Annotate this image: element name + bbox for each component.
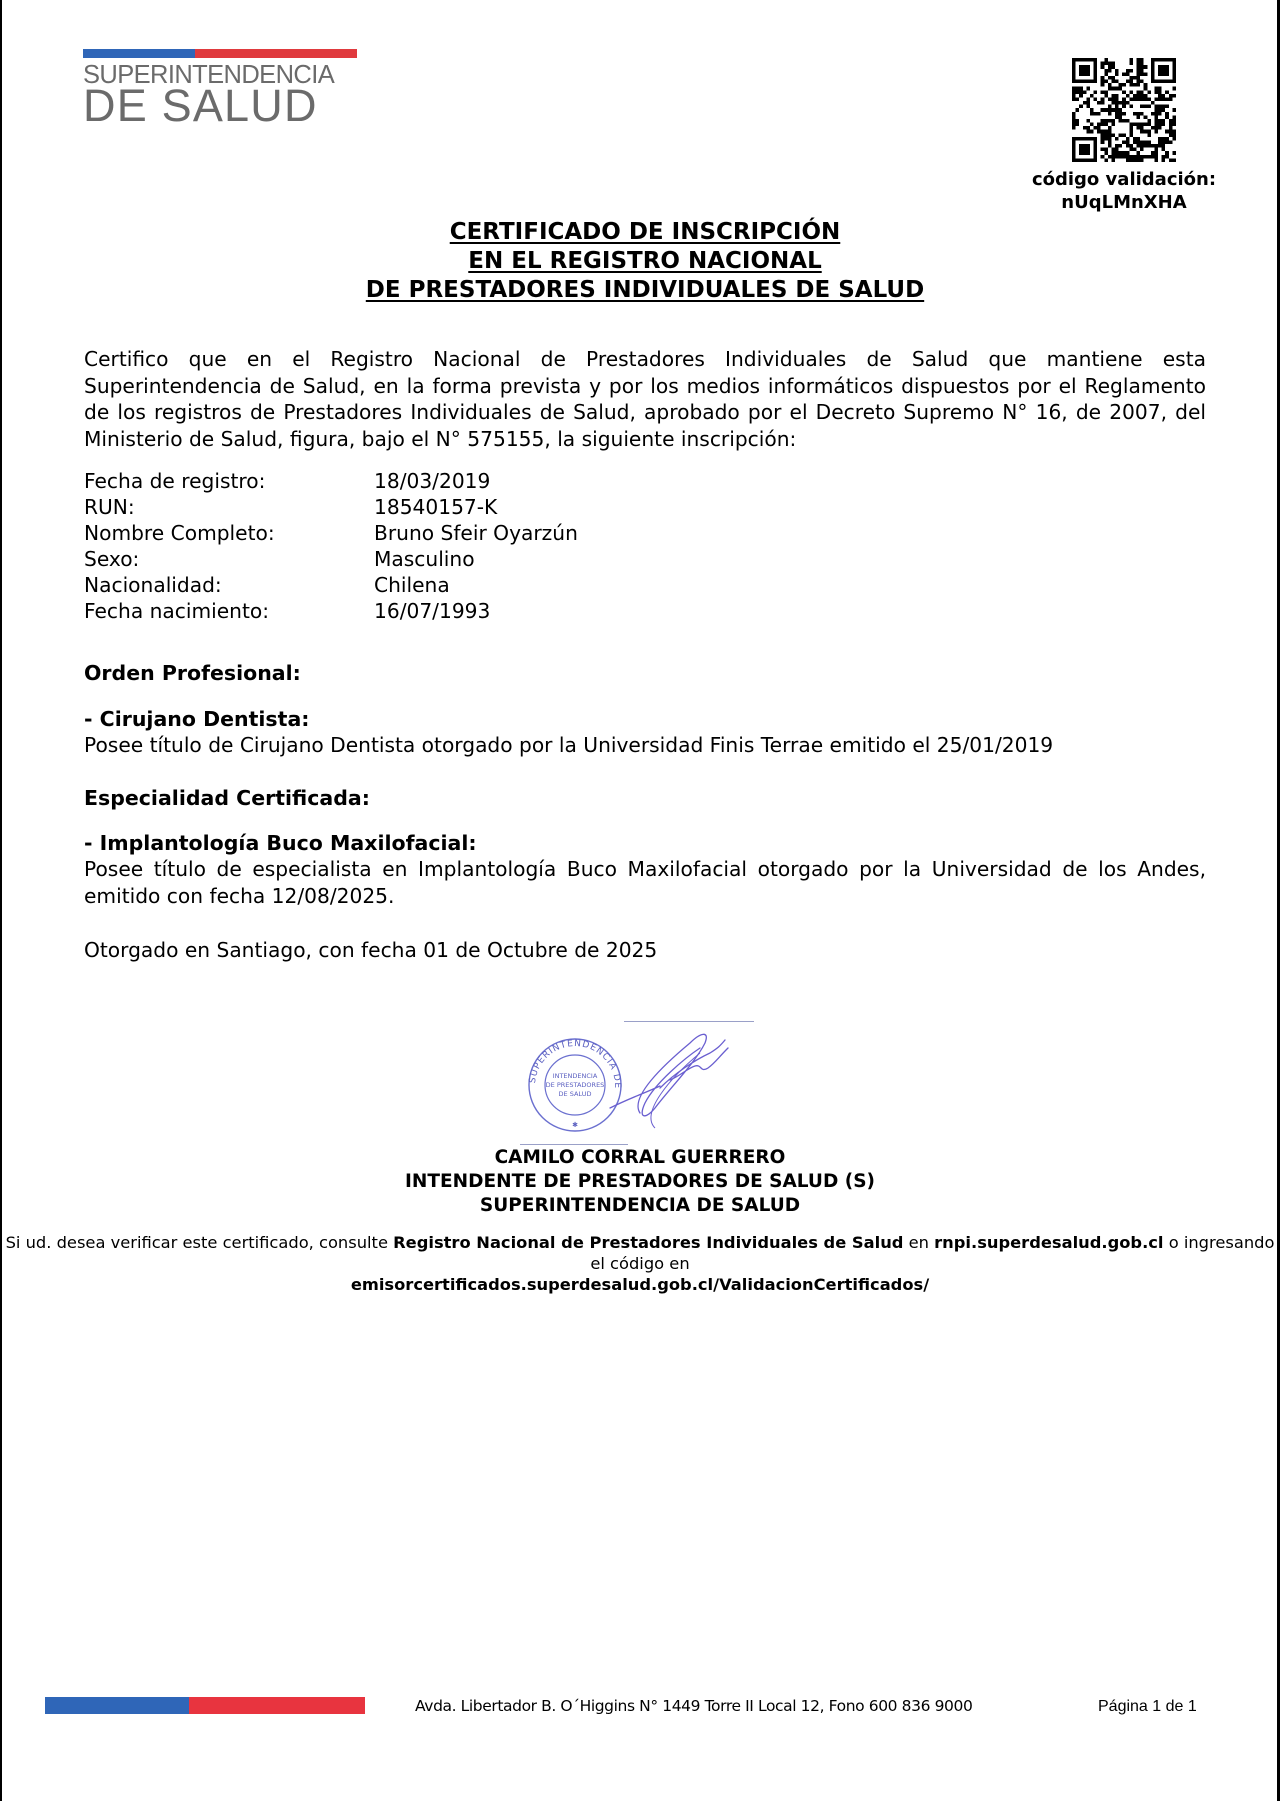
especialidad-heading: Especialidad Certificada:	[84, 785, 370, 811]
rnpi-link[interactable]: rnpi.superdesalud.gob.cl	[934, 1233, 1163, 1252]
title-line1: CERTIFICADO DE INSCRIPCIÓN	[0, 218, 1280, 247]
field-value: 18/03/2019	[374, 468, 490, 494]
orden-profesional-heading: Orden Profesional:	[84, 660, 301, 686]
qr-validation-block: código validación: nUqLMnXHA	[1012, 58, 1236, 214]
svg-text:✱: ✱	[572, 1121, 578, 1129]
field-value: Masculino	[374, 546, 475, 572]
validation-url-link[interactable]: emisorcertificados.superdesalud.gob.cl/V…	[351, 1275, 929, 1294]
field-value: Chilena	[374, 572, 450, 598]
footer-address: Avda. Libertador B. O´Higgins N° 1449 To…	[415, 1696, 972, 1716]
field-label: Fecha de registro:	[84, 468, 374, 494]
validation-code: nUqLMnXHA	[1012, 192, 1236, 214]
field-label: Sexo:	[84, 546, 374, 572]
field-row: RUN: 18540157-K	[84, 494, 578, 520]
field-value: Bruno Sfeir Oyarzún	[374, 520, 578, 546]
field-row: Nombre Completo: Bruno Sfeir Oyarzún	[84, 520, 578, 546]
signature-area: SUPERINTENDENCIA DE SALUD INTENDENCIA DE…	[520, 1018, 760, 1138]
issued-statement: Otorgado en Santiago, con fecha 01 de Oc…	[84, 937, 1206, 964]
signer-name: CAMILO CORRAL GUERRERO	[0, 1146, 1280, 1170]
field-row: Sexo: Masculino	[84, 546, 578, 572]
field-label: RUN:	[84, 494, 374, 520]
svg-text:DE PRESTADORES: DE PRESTADORES	[546, 1081, 605, 1089]
field-value: 16/07/1993	[374, 598, 490, 624]
signer-institution: SUPERINTENDENCIA DE SALUD	[0, 1194, 1280, 1218]
verification-note: Si ud. desea verificar este certificado,…	[0, 1232, 1280, 1295]
signer-block: CAMILO CORRAL GUERRERO INTENDENTE DE PRE…	[0, 1146, 1280, 1218]
registrant-fields: Fecha de registro: 18/03/2019 RUN: 18540…	[84, 468, 578, 624]
orden-item-title: - Cirujano Dentista:	[84, 706, 309, 732]
signer-position: INTENDENTE DE PRESTADORES DE SALUD (S)	[0, 1170, 1280, 1194]
title-line2: EN EL REGISTRO NACIONAL	[0, 247, 1280, 276]
page-number: Página 1 de 1	[1098, 1697, 1197, 1717]
field-value: 18540157-K	[374, 494, 497, 520]
validation-code-label: código validación:	[1012, 168, 1236, 192]
superintendencia-logo: SUPERINTENDENCIA DE SALUD	[83, 49, 357, 125]
footer-flag-bar	[45, 1697, 365, 1714]
orden-item-text: Posee título de Cirujano Dentista otorga…	[84, 732, 1206, 759]
certification-paragraph: Certifico que en el Registro Nacional de…	[84, 346, 1206, 452]
field-row: Nacionalidad: Chilena	[84, 572, 578, 598]
field-label: Nacionalidad:	[84, 572, 374, 598]
field-label: Fecha nacimiento:	[84, 598, 374, 624]
logo-line2: DE SALUD	[83, 87, 357, 125]
qr-code-icon	[1072, 58, 1176, 162]
registry-name: Registro Nacional de Prestadores Individ…	[393, 1233, 903, 1252]
field-row: Fecha de registro: 18/03/2019	[84, 468, 578, 494]
especialidad-item-title: - Implantología Buco Maxilofacial:	[84, 830, 477, 856]
svg-text:INTENDENCIA: INTENDENCIA	[553, 1072, 598, 1080]
svg-text:DE SALUD: DE SALUD	[559, 1090, 592, 1098]
title-line3: DE PRESTADORES INDIVIDUALES DE SALUD	[0, 276, 1280, 305]
document-title: CERTIFICADO DE INSCRIPCIÓN EN EL REGISTR…	[0, 218, 1280, 305]
logo-flag-bar	[83, 49, 357, 58]
field-label: Nombre Completo:	[84, 520, 374, 546]
signature-icon	[600, 1018, 750, 1138]
field-row: Fecha nacimiento: 16/07/1993	[84, 598, 578, 624]
especialidad-item-text: Posee título de especialista en Implanto…	[84, 856, 1206, 909]
